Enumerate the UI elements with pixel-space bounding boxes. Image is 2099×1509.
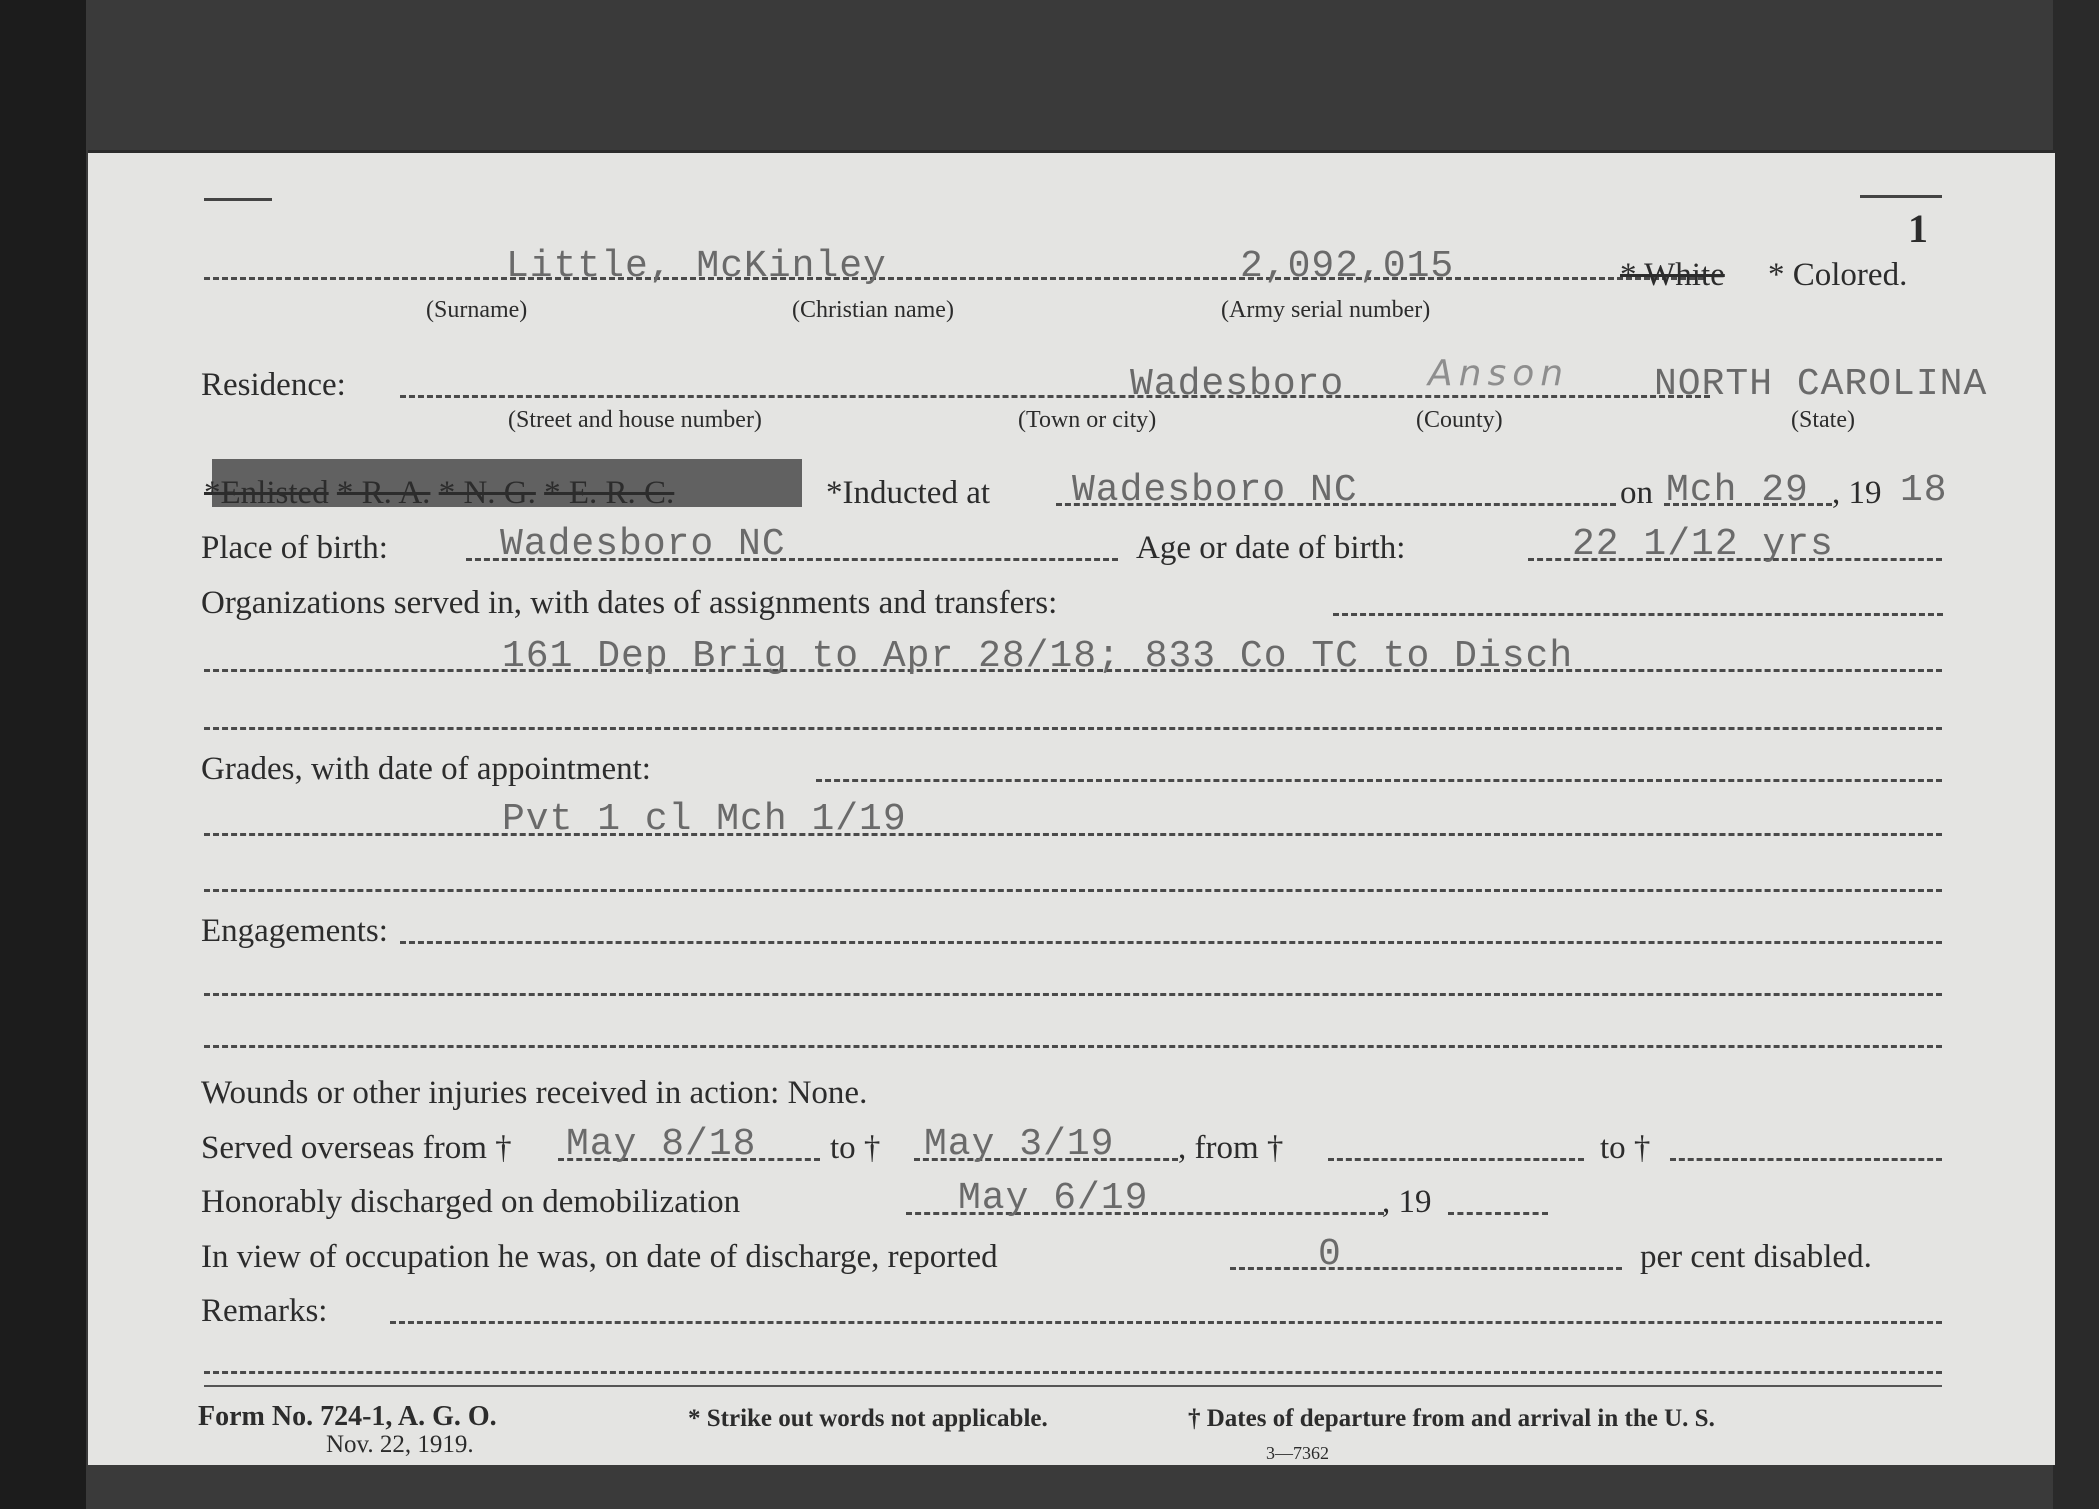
engagements-line-2 xyxy=(204,993,1942,996)
disability-label: In view of occupation he was, on date of… xyxy=(201,1239,998,1276)
grades-line-1 xyxy=(816,779,1942,782)
print-code: 3—7362 xyxy=(1266,1443,1329,1464)
residence-town: Wadesboro xyxy=(1130,363,1344,406)
service-record-card: 1 Little, McKinley 2,092,015 * White * C… xyxy=(88,150,2055,1465)
disability-percent: 0 xyxy=(1318,1233,1342,1276)
grades-line-2 xyxy=(204,833,1942,836)
inducted-at-value: Wadesboro NC xyxy=(1072,469,1358,512)
grades-value: Pvt 1 cl Mch 1/19 xyxy=(502,798,907,841)
place-of-birth-value: Wadesboro NC xyxy=(500,523,786,566)
residence-state: NORTH CAROLINA xyxy=(1654,363,1987,406)
disability-line xyxy=(1230,1267,1622,1270)
overseas-from-1: May 8/18 xyxy=(566,1123,756,1166)
caption-surname: (Surname) xyxy=(426,297,527,324)
overseas-from-label-2: , from † xyxy=(1178,1130,1283,1167)
engagements-label: Engagements: xyxy=(201,913,388,950)
induction-date: Mch 29 xyxy=(1666,469,1809,512)
organizations-line-3 xyxy=(204,727,1942,730)
residence-label: Residence: xyxy=(201,367,346,404)
scan-border-right xyxy=(2053,0,2099,1509)
wounds-label: Wounds or other injuries received in act… xyxy=(201,1075,867,1112)
grades-line-3 xyxy=(204,889,1942,892)
scan-border-left xyxy=(0,0,86,1509)
overseas-to-1: May 3/19 xyxy=(924,1123,1114,1166)
option-ng: * N. G. xyxy=(439,475,536,511)
form-date: Nov. 22, 1919. xyxy=(326,1431,474,1459)
age-value: 22 1/12 yrs xyxy=(1572,523,1834,566)
caption-state: (State) xyxy=(1791,407,1855,434)
race-option-white: * White xyxy=(1620,257,1725,294)
option-enlisted: *Enlisted xyxy=(204,475,329,511)
remarks-line-1 xyxy=(390,1321,1942,1324)
remarks-label: Remarks: xyxy=(201,1293,327,1330)
race-option-colored: * Colored. xyxy=(1768,257,1907,294)
engagements-line-3 xyxy=(204,1045,1942,1048)
option-erc: * E. R. C. xyxy=(544,475,674,511)
overseas-label: Served overseas from † xyxy=(201,1130,512,1167)
army-serial-number: 2,092,015 xyxy=(1240,245,1454,288)
option-ra: * R. A. xyxy=(337,475,431,511)
corner-mark-left xyxy=(204,198,272,201)
overseas-to-label-1: to † xyxy=(830,1130,880,1167)
footer-rule xyxy=(204,1385,1942,1387)
residence-line xyxy=(400,395,1710,398)
organizations-value: 161 Dep Brig to Apr 28/18; 833 Co TC to … xyxy=(502,635,1573,678)
disability-suffix: per cent disabled. xyxy=(1640,1239,1872,1276)
dates-note: † Dates of departure from and arrival in… xyxy=(1188,1405,1715,1433)
name-line xyxy=(204,277,1704,280)
place-of-birth-label: Place of birth: xyxy=(201,530,388,567)
grades-label: Grades, with date of appointment: xyxy=(201,751,651,788)
on-label: on xyxy=(1620,475,1653,512)
engagements-line-1 xyxy=(400,941,1942,944)
caption-county: (County) xyxy=(1416,407,1503,434)
caption-street: (Street and house number) xyxy=(508,407,762,434)
induction-year: 18 xyxy=(1900,469,1948,512)
overseas-to-label-2: to † xyxy=(1600,1130,1650,1167)
card-number: 1 xyxy=(1908,205,1928,252)
enlistment-options: *Enlisted * R. A. * N. G. * E. R. C. xyxy=(204,475,674,512)
caption-christian-name: (Christian name) xyxy=(792,297,954,324)
induction-year-prefix: , 19 xyxy=(1832,475,1882,512)
remarks-line-2 xyxy=(204,1371,1942,1374)
organizations-line-1 xyxy=(1333,613,1943,616)
caption-serial-number: (Army serial number) xyxy=(1221,297,1430,324)
corner-mark-right xyxy=(1860,195,1942,198)
organizations-label: Organizations served in, with dates of a… xyxy=(201,585,1057,622)
overseas-to-line-2 xyxy=(1670,1158,1942,1161)
inducted-label: *Inducted at xyxy=(826,475,990,512)
caption-town: (Town or city) xyxy=(1018,407,1156,434)
soldier-name: Little, McKinley xyxy=(506,245,887,288)
residence-county: Anson xyxy=(1428,353,1569,394)
overseas-from-line-2 xyxy=(1328,1158,1584,1161)
discharge-label: Honorably discharged on demobilization xyxy=(201,1184,740,1221)
discharge-year-line xyxy=(1448,1212,1548,1215)
strike-note: * Strike out words not applicable. xyxy=(688,1405,1048,1433)
discharge-date: May 6/19 xyxy=(958,1177,1148,1220)
age-label: Age or date of birth: xyxy=(1136,530,1405,567)
form-number: Form No. 724-1, A. G. O. xyxy=(198,1401,497,1433)
discharge-year-prefix: , 19 xyxy=(1382,1184,1432,1221)
